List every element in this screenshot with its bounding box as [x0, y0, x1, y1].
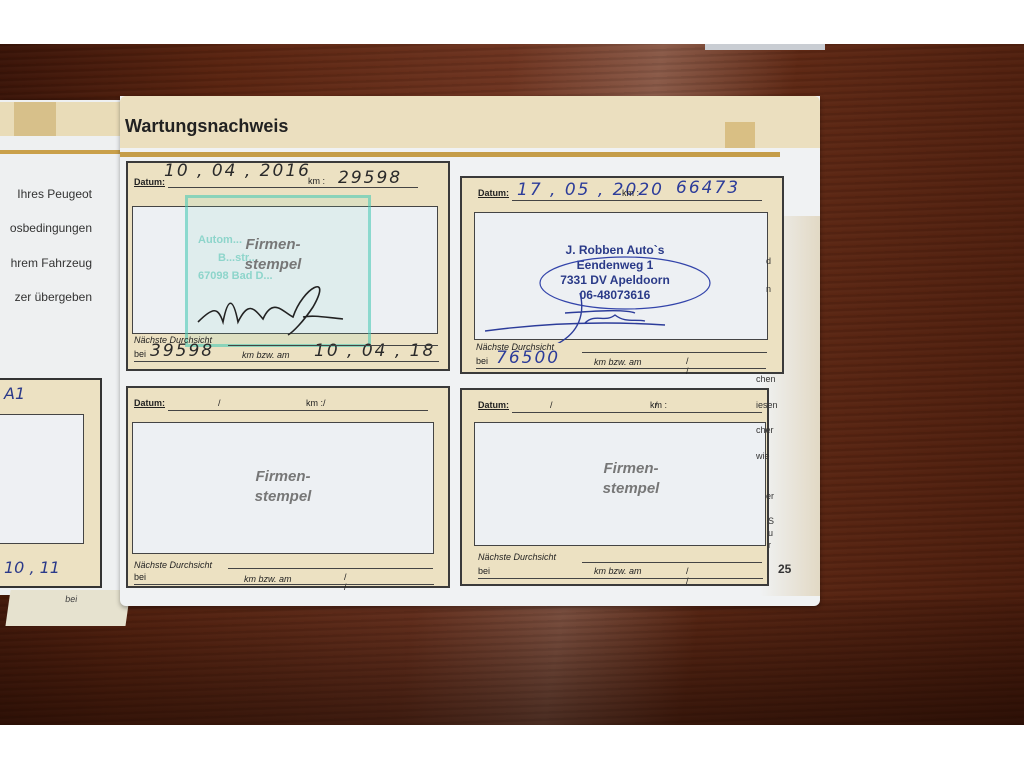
signature-black [193, 277, 353, 337]
next-service-date: / / [344, 572, 448, 592]
page-number: 25 [778, 562, 791, 576]
service-date: / / [550, 400, 708, 410]
km-bzw-am-label: km bzw. am [242, 350, 290, 360]
next-service-km: 39598 [150, 341, 214, 361]
bei-label: bei [478, 566, 490, 576]
service-km: 29598 [338, 168, 402, 188]
fold-tab-label: bei [65, 594, 78, 604]
left-page-text-line: zer übergeben [15, 290, 92, 304]
next-service-date: / / [686, 566, 767, 586]
stamp-box: Autom... B...str... 67098 Bad D... Firme… [132, 206, 438, 334]
left-partial-service-card: A1 10 , 11 [0, 378, 102, 588]
km-label: km : [622, 188, 639, 198]
partial-stamp-box [0, 414, 84, 544]
bei-label: bei [134, 572, 146, 582]
right-page: Wartungsnachweis Datum: 10 , 04 , 2016 k… [120, 96, 820, 606]
next-service-label: Nächste Durchsicht [134, 560, 212, 570]
firmenstempel-placeholder: Firmen- stempel [223, 467, 343, 507]
partial-next-date-handwriting: 10 , 11 [4, 558, 60, 577]
service-entry-card: Datum: / / km : Firmen- stempel Nächste … [460, 388, 769, 586]
datum-label: Datum: [478, 400, 509, 410]
paper-slip [705, 44, 825, 50]
bei-label: bei [134, 349, 146, 359]
service-date: 10 , 04 , 2016 [164, 161, 311, 181]
left-page-text-line: osbedingungen [10, 221, 92, 235]
left-page-gold-rule [0, 150, 122, 154]
service-date: 17 , 05 , 2020 [517, 180, 664, 200]
next-service-label: Nächste Durchsicht [478, 552, 556, 562]
next-service-date: / / [686, 356, 782, 376]
bei-label: bei [476, 356, 488, 366]
page-title: Wartungsnachweis [125, 116, 288, 137]
km-bzw-am-label: km bzw. am [594, 566, 642, 576]
left-page-stripe [14, 102, 56, 136]
datum-label: Datum: [478, 188, 509, 198]
service-date: / / [218, 398, 376, 408]
left-page-text-line: Ihres Peugeot [17, 187, 92, 201]
service-km: 66473 [676, 178, 740, 198]
km-label: km : [308, 176, 325, 186]
km-label: km : [650, 400, 667, 410]
partial-date-handwriting: A1 [4, 384, 25, 403]
folded-page-corner: bei [5, 590, 130, 626]
firmenstempel-placeholder: Firmen- stempel [571, 459, 691, 499]
signature-blue [485, 253, 745, 343]
km-bzw-am-label: km bzw. am [594, 357, 642, 367]
km-bzw-am-label: km bzw. am [244, 574, 292, 584]
table-shadow [0, 600, 1024, 725]
service-entry-card: Datum: 17 , 05 , 2020 km : 66473 J. Robb… [460, 176, 784, 374]
right-page-stripe [725, 122, 755, 148]
km-label: km : [306, 398, 323, 408]
left-page-text-line: hrem Fahrzeug [11, 256, 92, 270]
service-entry-card: Datum: 10 , 04 , 2016 km : 29598 Autom..… [126, 161, 450, 371]
datum-label: Datum: [134, 398, 165, 408]
stamp-box: Firmen- stempel [474, 422, 766, 546]
stamp-box: J. Robben Auto`s Eendenweg 1 7331 DV Ape… [474, 212, 768, 340]
next-service-km: 76500 [496, 348, 560, 368]
stamp-box: Firmen- stempel [132, 422, 434, 554]
next-service-date: 10 , 04 , 18 [314, 341, 435, 361]
right-page-gold-rule [120, 152, 780, 157]
service-entry-card: Datum: / / km : Firmen- stempel Nächste … [126, 386, 450, 588]
firmenstempel-placeholder: Firmen- stempel [213, 235, 333, 275]
datum-label: Datum: [134, 177, 165, 187]
